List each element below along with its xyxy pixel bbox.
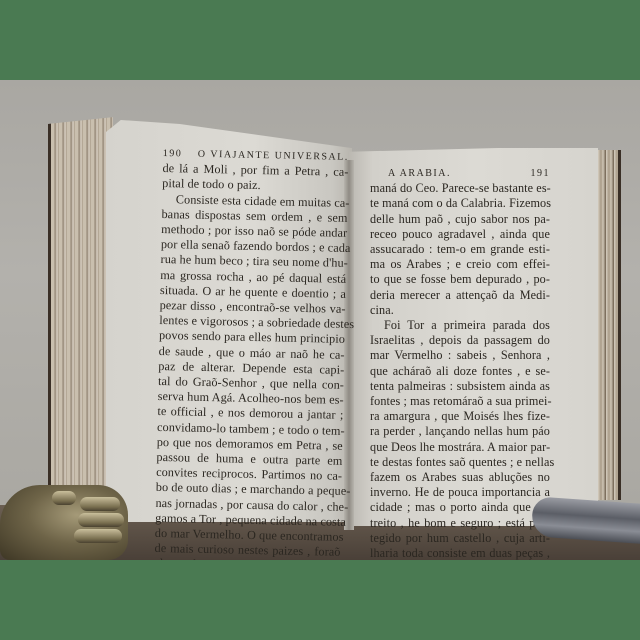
text-line: cina. (370, 303, 550, 318)
text-line: mar Vermelho : sabeis , Senhora , (370, 348, 550, 363)
right-page-text: A ARABIA. 191 maná do Ceo. Parece-se bas… (370, 166, 550, 560)
brass-hand-bookend (0, 485, 128, 560)
frame-band-top (0, 0, 640, 80)
text-line: treito , he bom e seguro ; está pro- (370, 516, 550, 531)
text-line: inverno. He de pouca importancia a (370, 485, 550, 500)
right-running-title: A ARABIA. (370, 166, 451, 181)
right-running-head: A ARABIA. 191 (370, 166, 550, 181)
text-line: to que se fosse bem depurado , po- (370, 272, 550, 287)
left-page-block-edge (48, 117, 113, 504)
frame-band-bottom (0, 560, 640, 640)
text-line: Israelitas , depois da passagem do (370, 333, 550, 348)
brass-finger (78, 513, 124, 527)
text-line: te destas fontes saõ quentes ; e nellas (370, 455, 550, 470)
brass-finger (80, 497, 120, 511)
text-line: receo pouco agradavel , ainda que (370, 227, 550, 242)
metal-page-clip (531, 496, 640, 544)
text-line: maná do Ceo. Parece-se bastante es- (370, 181, 550, 196)
left-page-number: 190 (163, 146, 183, 162)
right-page-number: 191 (531, 166, 551, 181)
text-line: assucarado : tem-o em grande esti- (370, 242, 550, 257)
brass-finger (74, 529, 122, 543)
brass-thumb (52, 491, 76, 505)
text-line: fazem os Arabes suas abluções no (370, 470, 550, 485)
text-line: que Deos lhe mostrára. A maior par- (370, 440, 550, 455)
text-line: tenta palmeiras : subsistem ainda as (370, 379, 550, 394)
text-line: tegido por hum castello , cuja arti- (370, 531, 550, 546)
text-line: deria merecer a attençaõ da Medi- (370, 288, 550, 303)
text-line: ra amargura , que Moisés lhes fize- (370, 409, 550, 424)
text-line: ra perder , lançando nellas hum páo (370, 424, 550, 439)
left-page-text: 190 O VIAJANTE UNIVERSAL. de lá a Moli ,… (154, 146, 349, 560)
text-line: lharia toda consiste em duas peças , (370, 546, 550, 560)
book-photo: 190 O VIAJANTE UNIVERSAL. de lá a Moli ,… (0, 80, 640, 560)
text-line: delle hum paõ , cujo sabor nos pa- (370, 212, 550, 227)
text-line: fontes ; mas retomáraõ a sua primei- (370, 394, 550, 409)
text-line: ma os Arabes ; e creio com effei- (370, 257, 550, 272)
text-line: cidade ; mas o porto ainda que es- (370, 500, 550, 515)
text-line: te maná com o da Calabria. Fizemos (370, 196, 550, 211)
text-line: Foi Tor a primeira parada dos (370, 318, 550, 333)
text-line: que acháraõ ali doze fontes , e se- (370, 364, 550, 379)
